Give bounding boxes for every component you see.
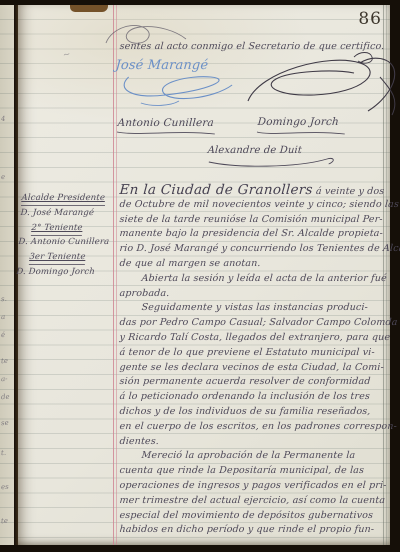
manuscript-body: En la Ciudad de Granollers á veinte y do… <box>120 183 390 538</box>
signature-marange: José Marangé <box>112 58 266 109</box>
previous-page-edge: 4es.aétea-deset.este <box>0 5 14 545</box>
manuscript-line: Seguidamente y vistas las instancias pro… <box>119 301 390 316</box>
manuscript-line: gente se les declara vecinos de esta Ciu… <box>119 361 390 376</box>
duit-underline-icon <box>206 156 337 168</box>
signature-duit: Alexandre de Duit <box>206 145 338 168</box>
manuscript-page: 86 ~ sentes al acto conmigo el Secretari… <box>18 5 390 545</box>
manuscript-line: especial del movimiento de depósitos gub… <box>119 509 390 524</box>
page-fragment: a- <box>1 375 8 383</box>
signature-cunillera: Antonio Cunillera <box>117 117 218 137</box>
manuscript-line: dichos y de los individuos de su familia… <box>119 405 390 420</box>
signature-cunillera-name: Antonio Cunillera <box>117 117 218 129</box>
marange-rubric-icon <box>112 73 265 109</box>
page-fragment: e <box>1 173 6 181</box>
manuscript-line: siete de la tarde reunióse la Comisión m… <box>119 213 390 228</box>
page-fragment: te <box>1 517 9 525</box>
manuscript-line: de que al margen se anotan. <box>119 257 390 272</box>
signature-marange-name: José Marangé <box>115 58 266 73</box>
page-fragment: a <box>1 313 6 321</box>
signature-duit-name: Alexandre de Duit <box>207 145 338 156</box>
manuscript-line: operaciones de ingresos y pagos verifica… <box>119 479 390 494</box>
manuscript-line: dientes. <box>119 435 390 450</box>
page-fragment: es <box>1 483 9 492</box>
page-fragment: te <box>1 357 9 365</box>
margin-note-line: D. Domingo Jorch <box>16 265 107 280</box>
scanned-manuscript-page: 4es.aétea-deset.este 86 ~ sentes al acto… <box>0 0 400 552</box>
margin-attendees-list: Alcalde PresidenteD. José Marangé2° Teni… <box>16 191 112 280</box>
manuscript-line: mer trimestre del actual ejercicio, así … <box>119 494 390 509</box>
manuscript-line: Abierta la sesión y leída el acta de la … <box>119 272 390 287</box>
manuscript-line: das por Pedro Campo Casual; Salvador Cam… <box>119 316 390 331</box>
manuscript-line: y Ricardo Talí Costa, llegados del extra… <box>119 331 390 346</box>
signature-jorch: Domingo Jorch <box>257 116 348 136</box>
cunillera-underline-icon <box>117 129 218 137</box>
manuscript-line: de Octubre de mil novecientos veinte y c… <box>119 198 390 213</box>
page-fragment: é <box>1 331 6 339</box>
opening-phrase: En la Ciudad de Granollers <box>119 182 313 198</box>
manuscript-line: cuenta que rinde la Depositaría municipa… <box>119 464 390 479</box>
body-lines: de Octubre de mil novecientos veinte y c… <box>120 198 390 538</box>
page-fragment: de <box>1 393 10 402</box>
margin-note-line: 2° Teniente <box>19 221 110 236</box>
signature-jorch-name: Domingo Jorch <box>257 116 348 128</box>
page-fragment: se <box>1 419 9 428</box>
jorch-underline-icon <box>257 128 348 136</box>
stray-pen-mark: ~ <box>62 49 72 60</box>
page-fragment: s. <box>1 295 7 303</box>
opening-rest: á veinte y dos <box>312 186 384 197</box>
manuscript-line: en el cuerpo de los escritos, en los pad… <box>119 420 390 435</box>
manuscript-line: sión permanente acuerda resolver de conf… <box>119 375 390 390</box>
manuscript-line: manente bajo la presidencia del Sr. Alca… <box>119 227 390 242</box>
margin-note-line: Alcalde Presidente <box>21 191 112 206</box>
manuscript-line: Mereció la aprobación de la Permanente l… <box>119 449 390 464</box>
manuscript-line: á tenor de lo que previene el Estatuto m… <box>119 346 390 361</box>
manuscript-line: rio D. José Marangé y concurriendo los T… <box>119 242 390 257</box>
page-fragment: t. <box>1 449 7 457</box>
opening-line: En la Ciudad de Granollers á veinte y do… <box>119 183 390 198</box>
page-fragment: 4 <box>1 115 6 123</box>
manuscript-line: á lo peticionado ordenando la inclusión … <box>119 390 390 405</box>
binding-stain <box>70 5 108 12</box>
margin-note-line: D. Antonio Cunillera <box>18 235 109 250</box>
margin-note-line: 3er Teniente <box>17 250 108 265</box>
closing-attestation-line: sentes al acto conmigo el Secretario de … <box>119 41 384 52</box>
manuscript-line: aprobada. <box>119 287 390 302</box>
page-number: 86 <box>358 9 382 29</box>
margin-note-line: D. José Marangé <box>20 206 111 221</box>
manuscript-line: habidos en dicho período y que rinde el … <box>119 523 390 538</box>
